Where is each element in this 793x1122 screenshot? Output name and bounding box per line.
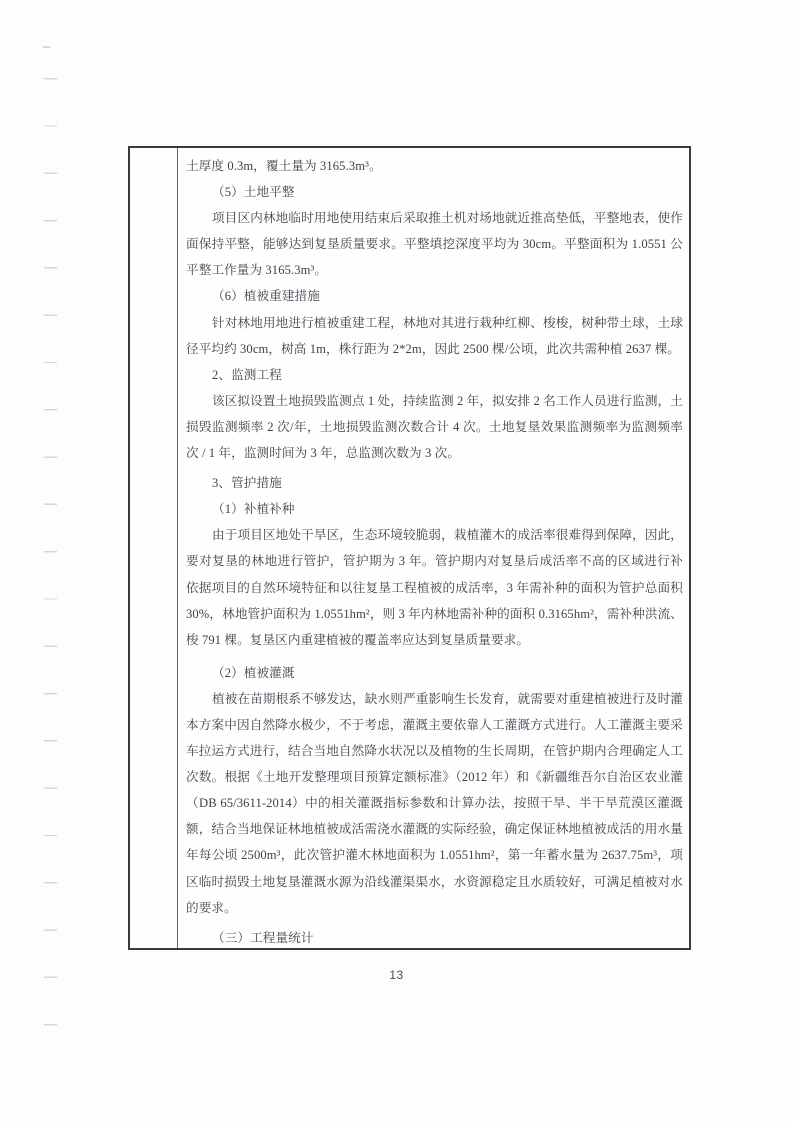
- document-line: 的要求。: [186, 895, 683, 921]
- scan-artifact-dot: [43, 46, 50, 48]
- document-line: 2、监测工程: [186, 362, 683, 388]
- document-line: 30%，林地管护面积为 1.0551hm²，则 3 年内林地需补种的面积 0.3…: [186, 601, 683, 627]
- document-line: 径平均约 30cm，树高 1m，株行距为 2*2m，因此 2500 棵/公顷，此…: [186, 336, 683, 362]
- table-text-area: 土厚度 0.3m，覆土量为 3165.3m³。（5）土地平整项目区内林地临时用地…: [178, 148, 689, 948]
- document-page: 土厚度 0.3m，覆土量为 3165.3m³。（5）土地平整项目区内林地临时用地…: [0, 0, 793, 1122]
- document-line: 额，结合当地保证林地植被成活需浇水灌溉的实际经验，确定保证林地植被成活的用水量为…: [186, 816, 683, 842]
- document-line: （DB 65/3611-2014）中的相关灌溉指标参数和计算办法，按照干旱、半干…: [186, 790, 683, 816]
- document-line: 梭 791 棵。复垦区内重建植被的覆盖率应达到复垦质量要求。: [186, 627, 683, 653]
- reclamation-report-table: 土厚度 0.3m，覆土量为 3165.3m³。（5）土地平整项目区内林地临时用地…: [128, 146, 691, 950]
- document-line: 项目区内林地临时用地使用结束后采取推土机对场地就近推高垫低，平整地表，使作业: [186, 205, 683, 231]
- document-line: （三）工程量统计: [186, 925, 683, 948]
- document-line: 依据项目的自然环境特征和以往复垦工程植被的成活率，3 年需补种的面积为管护总面积…: [186, 575, 683, 601]
- document-line: 针对林地用地进行植被重建工程，林地对其进行栽种红柳、梭梭，树种带土球，土球直: [186, 310, 683, 336]
- table-stub-cell: [130, 148, 178, 948]
- document-line: 面保持平整，能够达到复垦质量要求。平整填挖深度平均为 30cm。平整面积为 1.…: [186, 231, 683, 257]
- document-line: （1）补植补种: [186, 496, 683, 522]
- document-line: 3、管护措施: [186, 470, 683, 496]
- document-line: 损毁监测频率 2 次/年，土地损毁监测次数合计 4 次。土地复垦效果监测频率为监…: [186, 414, 683, 440]
- document-line: 次数。根据《土地开发整理项目预算定额标准》（2012 年）和《新疆维吾尔自治区农…: [186, 764, 683, 790]
- document-line: 平整工作量为 3165.3m³。: [186, 257, 683, 283]
- binding-marks: [44, 78, 57, 1046]
- document-line: 车拉运方式进行，结合当地自然降水状况以及植物的生长周期，在管护期内合理确定人工灌…: [186, 738, 683, 764]
- document-line: 该区拟设置土地损毁监测点 1 处，持续监测 2 年，拟安排 2 名工作人员进行监…: [186, 388, 683, 414]
- document-line: 年每公顷 2500m³，此次管护灌木林地面积为 1.0551hm²，第一年蓄水量…: [186, 842, 683, 868]
- document-line: （2）植被灌溉: [186, 660, 683, 686]
- document-line: 植被在苗期根系不够发达，缺水则严重影响生长发育，就需要对重建植被进行及时灌溉，: [186, 686, 683, 712]
- document-line: 次 / 1 年，监测时间为 3 年，总监测次数为 3 次。: [186, 440, 683, 466]
- document-line: （6）植被重建措施: [186, 283, 683, 309]
- document-line: （5）土地平整: [186, 179, 683, 205]
- document-line: 土厚度 0.3m，覆土量为 3165.3m³。: [186, 153, 683, 179]
- document-line: 本方案中因自然降水极少，不于考虑，灌溉主要依靠人工灌溉方式进行。人工灌溉主要采用…: [186, 712, 683, 738]
- page-number: 13: [0, 968, 793, 982]
- document-line: 要对复垦的林地进行管护，管护期为 3 年。管护期内对复垦后成活率不高的区域进行补…: [186, 548, 683, 574]
- document-line: 区临时损毁土地复垦灌溉水源为沿线灌渠渠水，水资源稳定且水质较好，可满足植被对水质: [186, 869, 683, 895]
- document-line: 由于项目区地处干旱区，生态环境较脆弱，栽植灌木的成活率很难得到保障，因此，需: [186, 522, 683, 548]
